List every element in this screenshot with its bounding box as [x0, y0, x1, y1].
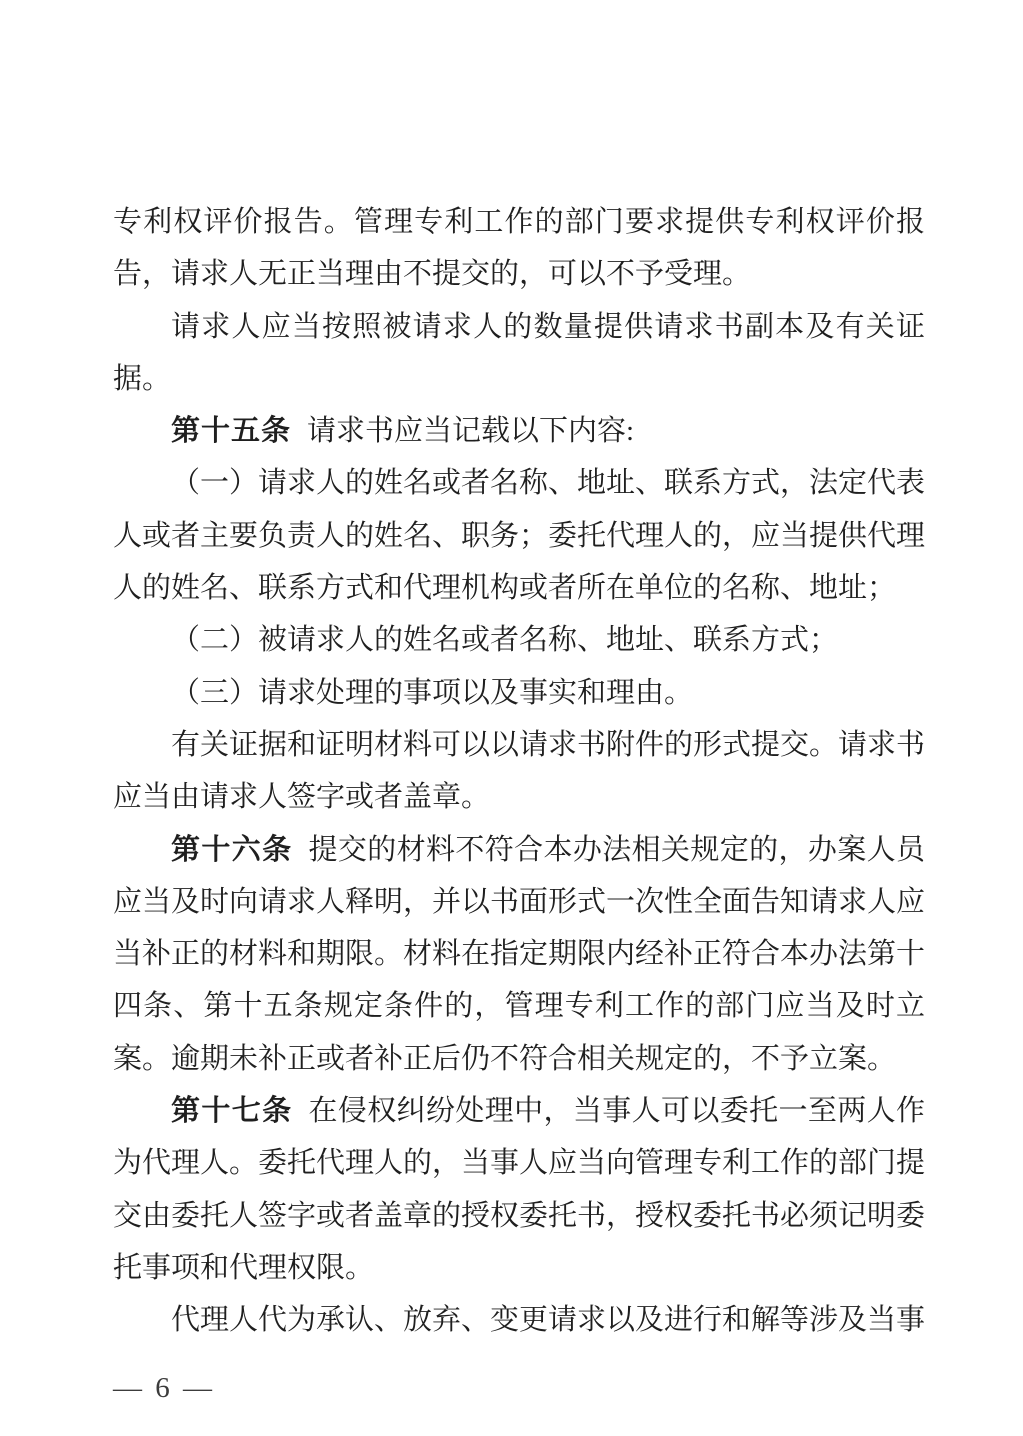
paragraph-text: （一）请求人的姓名或者名称、地址、联系方式，法定代表人或者主要负责人的姓名、职务… [113, 467, 925, 604]
paragraph-text: 请求人应当按照被请求人的数量提供请求书副本及有关证据。 [113, 311, 925, 395]
page-number: — 6 — [113, 1368, 215, 1408]
article-15-paragraph: 第十五条请求书应当记载以下内容: [113, 405, 925, 457]
document-page: 专利权评价报告。管理专利工作的部门要求提供专利权评价报告，请求人无正当理由不提交… [0, 0, 1023, 1436]
list-item-2-paragraph: （二）被请求人的姓名或者名称、地址、联系方式； [113, 614, 925, 666]
paragraph-text: （二）被请求人的姓名或者名称、地址、联系方式； [171, 624, 838, 656]
paragraph-text: 专利权评价报告。管理专利工作的部门要求提供专利权评价报告，请求人无正当理由不提交… [113, 206, 925, 290]
paragraph: 请求人应当按照被请求人的数量提供请求书副本及有关证据。 [113, 301, 925, 406]
article-17-paragraph: 第十七条在侵权纠纷处理中，当事人可以委托一至两人作为代理人。委托代理人的，当事人… [113, 1085, 925, 1294]
article-17-number: 第十七条 [171, 1095, 293, 1127]
paragraph: 专利权评价报告。管理专利工作的部门要求提供专利权评价报告，请求人无正当理由不提交… [113, 196, 925, 301]
paragraph-text: 有关证据和证明材料可以以请求书附件的形式提交。请求书应当由请求人签字或者盖章。 [113, 729, 925, 813]
article-16-paragraph: 第十六条提交的材料不符合本办法相关规定的，办案人员应当及时向请求人释明，并以书面… [113, 824, 925, 1085]
list-item-3-paragraph: （三）请求处理的事项以及事实和理由。 [113, 667, 925, 719]
body-text: 专利权评价报告。管理专利工作的部门要求提供专利权评价报告，请求人无正当理由不提交… [113, 196, 925, 1347]
paragraph-text: 请求书应当记载以下内容: [307, 415, 634, 447]
paragraph-text: 提交的材料不符合本办法相关规定的，办案人员应当及时向请求人释明，并以书面形式一次… [113, 834, 925, 1075]
list-item-1-paragraph: （一）请求人的姓名或者名称、地址、联系方式，法定代表人或者主要负责人的姓名、职务… [113, 457, 925, 614]
paragraph-text: （三）请求处理的事项以及事实和理由。 [171, 677, 693, 709]
paragraph: 代理人代为承认、放弃、变更请求以及进行和解等涉及当事 [113, 1294, 925, 1346]
paragraph-text: 代理人代为承认、放弃、变更请求以及进行和解等涉及当事 [171, 1304, 925, 1336]
article-15-number: 第十五条 [171, 415, 291, 447]
paragraph: 有关证据和证明材料可以以请求书附件的形式提交。请求书应当由请求人签字或者盖章。 [113, 719, 925, 824]
article-16-number: 第十六条 [171, 834, 293, 866]
